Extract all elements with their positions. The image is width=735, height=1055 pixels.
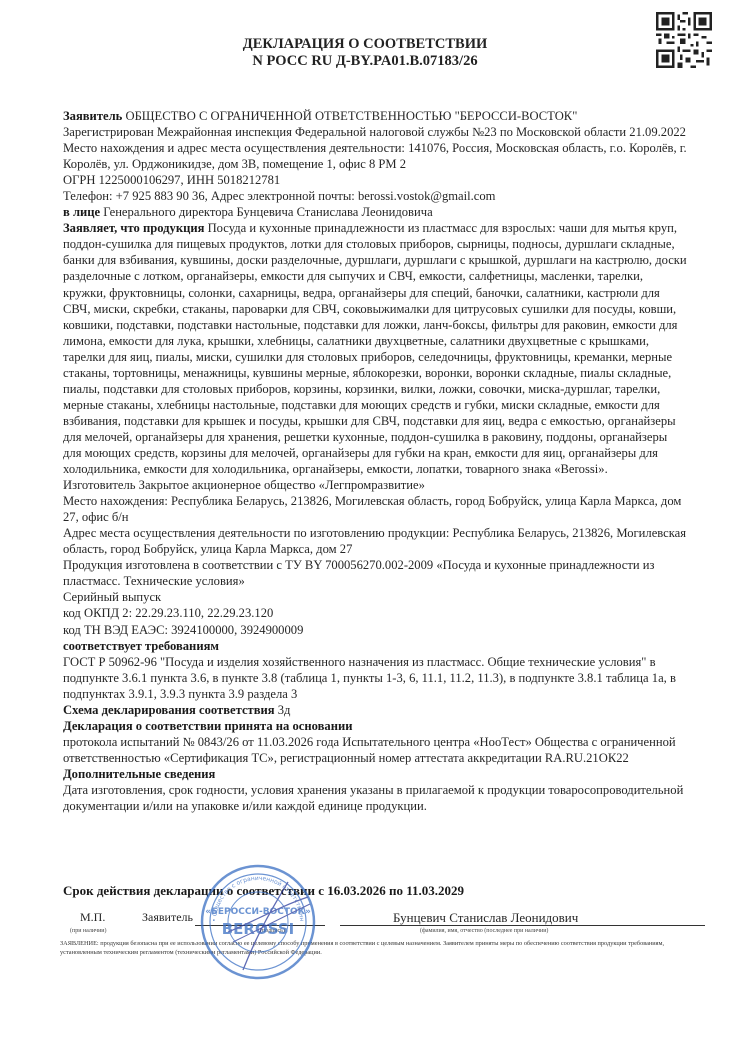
ogrn-inn: ОГРН 1225000106297, ИНН 5018212781 — [63, 172, 688, 188]
safety-statement: ЗАЯВЛЕНИЕ: продукция безопасна при ее ис… — [60, 939, 700, 957]
requirements-label: соответствует требованиям — [63, 639, 219, 653]
represented-by-line: в лице Генерального директора Бунцевича … — [63, 204, 688, 220]
signature-line — [195, 925, 325, 926]
manufacturer-location: Место нахождения: Республика Беларусь, 2… — [63, 493, 688, 525]
name-line — [340, 925, 705, 926]
declaration-body: Заявитель ОБЩЕСТВО С ОГРАНИЧЕННОЙ ОТВЕТС… — [63, 108, 688, 814]
scheme-line: Схема декларирования соответствия 3д — [63, 702, 688, 718]
document-header: ДЕКЛАРАЦИЯ О СООТВЕТСТВИИ N РОСС RU Д-BY… — [150, 36, 580, 70]
okpd-code: код ОКПД 2: 22.29.23.110, 22.29.23.120 — [63, 605, 688, 621]
additional-heading: Дополнительные сведения — [63, 766, 688, 782]
basis-heading: Декларация о соответствии принята на осн… — [63, 718, 688, 734]
mp-label: М.П. — [80, 910, 105, 925]
represented-by: Генерального директора Бунцевича Станисл… — [103, 205, 432, 219]
registration-info: Зарегистрирован Межрайонная инспекция Фе… — [63, 124, 688, 140]
product-statement: Заявляет, что продукция Посуда и кухонны… — [63, 220, 688, 477]
applicant-address: Место нахождения и адрес места осуществл… — [63, 140, 688, 172]
represented-label: в лице — [63, 205, 100, 219]
technical-standard: Продукция изготовлена в соответствии с Т… — [63, 557, 688, 589]
qr-code-icon — [656, 12, 712, 68]
additional-text: Дата изготовления, срок годности, услови… — [63, 782, 688, 814]
validity-period: Срок действия декларации о соответствии … — [63, 883, 703, 899]
product-label: Заявляет, что продукция — [63, 221, 204, 235]
mp-note: (при наличии) — [70, 928, 107, 934]
requirements-heading: соответствует требованиям — [63, 638, 688, 654]
additional-label: Дополнительные сведения — [63, 767, 215, 781]
manufacturer-line: Изготовитель Закрытое акционерное общест… — [63, 477, 688, 493]
svg-text:«БЕРОССИ-ВОСТОК»: «БЕРОССИ-ВОСТОК» — [205, 907, 311, 917]
declaration-number: N РОСС RU Д-BY.PA01.B.07183/26 — [150, 53, 580, 70]
basis-label: Декларация о соответствии принята на осн… — [63, 719, 352, 733]
signature-applicant-label: Заявитель — [142, 910, 193, 925]
name-caption: (фамилия, имя, отчество (последнее при н… — [420, 928, 548, 934]
signer-name: Бунцевич Станислав Леонидович — [393, 910, 578, 926]
applicant-name: ОБЩЕСТВО С ОГРАНИЧЕННОЙ ОТВЕТСТВЕННОСТЬЮ… — [125, 109, 577, 123]
contacts: Телефон: +7 925 883 90 36, Адрес электро… — [63, 188, 688, 204]
applicant-label: Заявитель — [63, 109, 122, 123]
production-address: Адрес места осуществления деятельности п… — [63, 525, 688, 557]
signature-caption: (подпись) — [260, 928, 285, 934]
scheme-value: 3д — [278, 703, 291, 717]
applicant-line: Заявитель ОБЩЕСТВО С ОГРАНИЧЕННОЙ ОТВЕТС… — [63, 108, 688, 124]
tnved-code: код ТН ВЭД ЕАЭС: 3924100000, 3924900009 — [63, 622, 688, 638]
basis-text: протокола испытаний № 0843/26 от 11.03.2… — [63, 734, 688, 766]
release-type: Серийный выпуск — [63, 589, 688, 605]
scheme-label: Схема декларирования соответствия — [63, 703, 275, 717]
product-description: Посуда и кухонные принадлежности из плас… — [63, 221, 687, 476]
document-title: ДЕКЛАРАЦИЯ О СООТВЕТСТВИИ — [150, 36, 580, 53]
declaration-page: ДЕКЛАРАЦИЯ О СООТВЕТСТВИИ N РОСС RU Д-BY… — [0, 0, 735, 1055]
company-seal-icon: • Общество с ограниченной ответственност… — [198, 862, 318, 982]
requirements-text: ГОСТ Р 50962-96 "Посуда и изделия хозяйс… — [63, 654, 688, 702]
